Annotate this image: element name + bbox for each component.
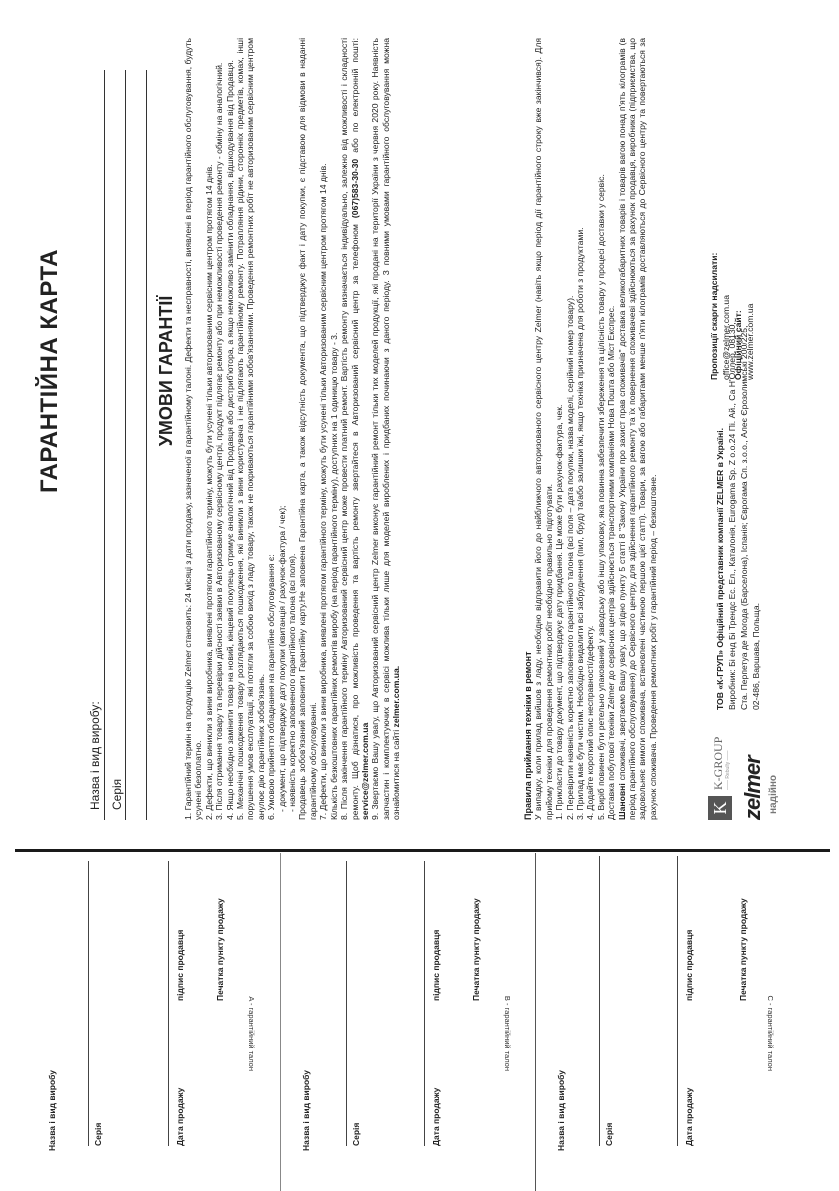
k-group-logo-icon: K <box>708 796 732 820</box>
term-7: 7. Дефекти, що виникли з вини виробника,… <box>318 38 328 820</box>
stub-date-label: Дата продажу <box>175 1088 185 1146</box>
term-4: 4. Якщо необхідно замінити товар на нови… <box>225 38 235 820</box>
repair-rules-title: Правила приймання техніки в ремонт <box>523 38 533 820</box>
service-email-link[interactable]: service@zelmer.com.ua <box>360 723 370 820</box>
repair-rule-item: 5. Виріб повинен бути ретельно упаковани… <box>596 38 606 820</box>
stub-date-label: Дата продажу <box>431 1088 441 1146</box>
stub-a: A - гарантійний талон Назва і вид виробу… <box>15 853 280 1191</box>
term-9: 9. Звертаємо Вашу увагу, що Авторизовани… <box>370 38 401 820</box>
repair-rule-item: 4. Додайте короткий опис несправності/де… <box>585 38 595 820</box>
product-name-label: Назва і вид виробу: <box>88 701 102 810</box>
repair-rule-item: 2. Перевірити наявність коректно заповне… <box>565 38 575 820</box>
repair-rules-intro: У випадку, коли прилад вийшов з ладу, не… <box>533 38 554 820</box>
manufacturer-line: Виробник: Бі енд Бі Трендс Ес. Ел., Ката… <box>726 322 738 710</box>
stub-stamp-label: Печатка пункту продажу <box>738 898 748 1001</box>
term-2: 2. Дефекти, що виникли з вини виробника,… <box>204 38 214 820</box>
term-6-condition: - наявність коректно заповненого гаранті… <box>287 38 297 820</box>
consumer-note: Шановні споживачі, звертаємо Вашу увагу,… <box>617 38 659 820</box>
stub-product-label: Назва і вид виробу <box>556 1070 566 1151</box>
manufacturer-line: Ста. Перпетуа де Могода (Барселона), Ісп… <box>738 322 750 710</box>
stub-serial-label: Серія <box>604 1123 614 1146</box>
terms-top-line <box>146 70 147 820</box>
term-3: 3. Після отримання товару та перевірки д… <box>214 38 224 820</box>
term-6: 6. Умовою прийняття обладнання на гарант… <box>266 38 276 820</box>
site-link[interactable]: zelmer.com.ua. <box>391 666 401 728</box>
warranty-terms: 1. Гарантійний термін на продукцію Zelme… <box>183 38 402 820</box>
stub-code: A - гарантійний талон <box>247 996 256 1071</box>
contacts: Пропозиції скарги надсилати: office@zelm… <box>708 253 756 380</box>
page-title: ГАРАНТІЙНА КАРТА <box>36 171 64 571</box>
stub-b: B - гарантійний талон Назва і вид виробу… <box>280 853 536 1191</box>
service-phone: (067)583-30-30 <box>350 159 360 218</box>
product-name-line <box>104 70 105 820</box>
stub-product-label: Назва і вид виробу <box>301 1070 311 1151</box>
zelmer-tagline: надійно <box>768 775 779 814</box>
stub-stamp-label: Печатка пункту продажу <box>471 898 481 1001</box>
repair-rules: Правила приймання техніки в ремонт У вип… <box>523 38 658 820</box>
site-url-link[interactable]: www.zelmer.com.ua <box>744 253 756 380</box>
stub-product-line <box>599 856 600 1146</box>
stub-serial-line <box>168 861 169 1146</box>
stub-signature-label: підпис продавця <box>431 930 441 1001</box>
k-group-logo-sub: —— Rebully —— <box>725 751 731 790</box>
complaints-label: Пропозиції скарги надсилати: <box>709 253 719 380</box>
repair-rule-item: 3. Прилад має бути чистим. Необхідно вид… <box>575 38 585 820</box>
stub-serial-line <box>677 856 678 1146</box>
representative-title: ТОВ «К-ГРУП» Офіційний представник компа… <box>715 428 725 710</box>
term-seller: Продавець зобов'язаний заповнити Гаранті… <box>297 38 318 820</box>
stub-product-line <box>88 861 89 1146</box>
stub-serial-label: Серія <box>93 1123 103 1146</box>
manufacturer-line: 02-486, Варшава, Польща. <box>750 322 762 710</box>
stub-date-label: Дата продажу <box>684 1088 694 1146</box>
stub-c: C - гарантійний талон Назва і вид виробу… <box>535 853 831 1191</box>
delivery-note: Доставка побутової техніки Zelmer до сер… <box>606 38 616 820</box>
serial-line <box>125 70 126 820</box>
term-1: 1. Гарантійний термін на продукцію Zelme… <box>183 38 204 820</box>
stub-signature-label: підпис продавця <box>684 930 694 1001</box>
stub-product-line <box>346 861 347 1146</box>
terms-title: УМОВИ ГАРАНТІЇ <box>156 171 177 571</box>
stub-divider <box>15 849 830 852</box>
stub-code: C - гарантійний талон <box>766 996 775 1072</box>
term-free-repairs: Кількість безкоштовних гарантійних ремон… <box>329 38 339 820</box>
stub-stamp-label: Печатка пункту продажу <box>215 898 225 1001</box>
stub-serial-label: Серія <box>351 1123 361 1146</box>
repair-rule-item: 1. Прикласти до товару документ, що підт… <box>554 38 564 820</box>
complaints-email-link[interactable]: office@zelmer.com.ua <box>720 253 732 380</box>
stub-code: B - гарантійний талон <box>503 996 512 1071</box>
footer: K K-GROUP —— Rebully —— zelmer надійно Т… <box>708 20 818 820</box>
serial-label: Серія <box>110 779 124 810</box>
stub-serial-line <box>424 861 425 1146</box>
term-8: 8. Після закінчення гарантійного терміну… <box>339 38 370 820</box>
k-group-logo-text: K-GROUP <box>711 737 726 790</box>
zelmer-logo: zelmer <box>740 756 766 820</box>
term-6-condition: - документ, що підтверджує дату покупки … <box>277 38 287 820</box>
representative-info: ТОВ «К-ГРУП» Офіційний представник компа… <box>714 322 762 710</box>
site-label: Офіційний сайт: <box>733 310 743 380</box>
warranty-card-sheet: A - гарантійний талон Назва і вид виробу… <box>0 0 839 1191</box>
term-5: 5. Механічні пошкодження товару розгляда… <box>235 38 266 820</box>
stub-product-label: Назва і вид виробу <box>47 1070 57 1151</box>
stub-signature-label: підпис продавця <box>175 930 185 1001</box>
